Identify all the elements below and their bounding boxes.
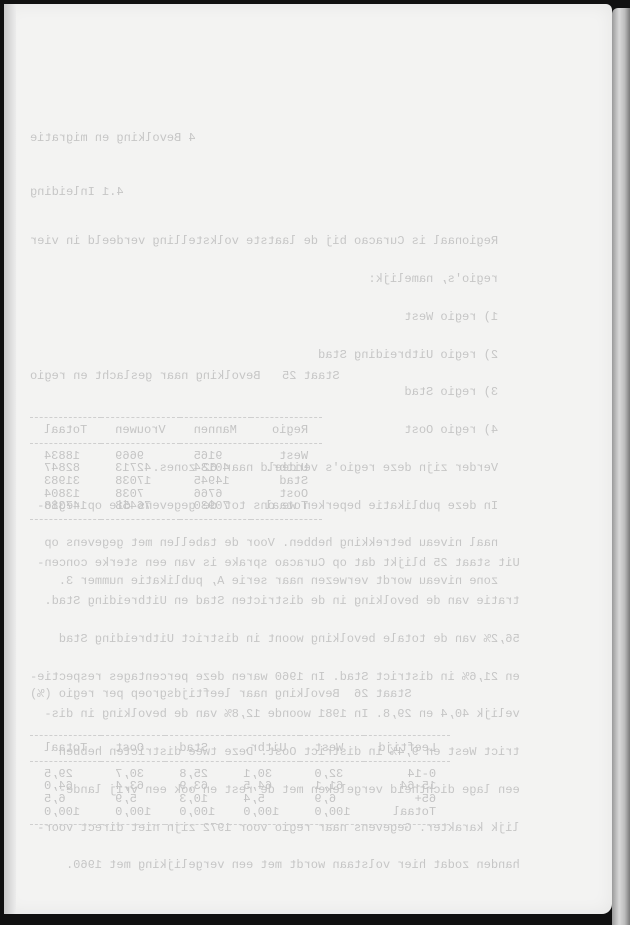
table-25-caption: Staat 25 Bevolking naar geslacht en regi… bbox=[30, 370, 340, 383]
column-header: Totaal bbox=[30, 418, 101, 444]
table-cell: Stad bbox=[251, 475, 322, 488]
column-header: Mannen bbox=[180, 418, 251, 444]
table-cell: 70930 bbox=[180, 500, 251, 519]
table-cell: 6,9 bbox=[300, 793, 364, 806]
table-row: Stad149451703831983 bbox=[30, 475, 322, 488]
table-cell: 100,0 bbox=[30, 806, 101, 825]
table-row: West9165966918834 bbox=[30, 443, 322, 462]
table-cell: 31983 bbox=[30, 475, 101, 488]
table-cell: 17038 bbox=[101, 475, 179, 488]
table-cell: 147388 bbox=[30, 500, 101, 519]
table-cell: 5,9 bbox=[101, 793, 165, 806]
text-line: Regionaal is Curacao bij de laatste volk… bbox=[30, 235, 498, 248]
bleed-through-text: 4 Bevolking en migratie 4.1 Inleiding Re… bbox=[0, 0, 630, 925]
text-line: handen zodat hier volstaan wordt met een… bbox=[30, 859, 520, 872]
table-header-row: RegioMannenVrouwenTotaal bbox=[30, 418, 322, 444]
column-header: Vrouwen bbox=[101, 418, 179, 444]
column-header: Totaal bbox=[30, 736, 101, 762]
table-row: 15-6461,164,563,963,464,0 bbox=[30, 780, 450, 793]
table-cell: 18834 bbox=[30, 443, 101, 462]
table-26-caption: Staat 26 Bevolking naar leeftijdsgroep p… bbox=[30, 688, 412, 701]
table-26: LeeftijdWestUitbr.StadOostTotaal 0-1432,… bbox=[30, 710, 450, 850]
table-cell: 65+ bbox=[364, 793, 450, 806]
table-cell: 100,0 bbox=[101, 806, 165, 825]
table-cell: West bbox=[251, 443, 322, 462]
table-cell: 100,0 bbox=[229, 806, 300, 825]
table-cell: 9165 bbox=[180, 443, 251, 462]
text-line: regio's, namelijk: bbox=[30, 273, 498, 286]
table-cell: 64,5 bbox=[229, 780, 300, 793]
table-cell: 6,5 bbox=[30, 793, 101, 806]
table-cell: Totaal bbox=[364, 806, 450, 825]
column-header: Oost bbox=[101, 736, 165, 762]
table-row: Totaal7093076458147388 bbox=[30, 500, 322, 519]
section-heading: 4 Bevolking en migratie bbox=[30, 132, 196, 145]
table-cell: 25,8 bbox=[165, 761, 229, 780]
table-25: RegioMannenVrouwenTotaal West91659669188… bbox=[30, 392, 322, 545]
text-line: en 21,6% in district Stad. In 1960 waren… bbox=[30, 671, 520, 684]
column-header: Leeftijd bbox=[364, 736, 450, 762]
table-cell: 10,3 bbox=[165, 793, 229, 806]
column-header: Regio bbox=[251, 418, 322, 444]
table-row: 0-1432,030,125,830,729,5 bbox=[30, 761, 450, 780]
table-header-row: LeeftijdWestUitbr.StadOostTotaal bbox=[30, 736, 450, 762]
population-by-age-table: LeeftijdWestUitbr.StadOostTotaal 0-1432,… bbox=[30, 735, 450, 825]
column-header: West bbox=[300, 736, 364, 762]
text-line: 2) regio Uitbreiding Stad bbox=[30, 349, 498, 362]
table-cell: 30,1 bbox=[229, 761, 300, 780]
text-line: 56,2% van de totale bevolking woont in d… bbox=[30, 633, 520, 646]
table-cell: 32,0 bbox=[300, 761, 364, 780]
table-cell: 76458 bbox=[101, 500, 179, 519]
column-header: Stad bbox=[165, 736, 229, 762]
table-cell: 100,0 bbox=[165, 806, 229, 825]
text-line: tratie van de bevolking in de districten… bbox=[30, 595, 520, 608]
table-cell: 9669 bbox=[101, 443, 179, 462]
subsection-heading: 4.1 Inleiding bbox=[30, 186, 124, 199]
text-line: Uit staat 25 blijkt dat op Curacao sprak… bbox=[30, 557, 520, 570]
population-by-sex-table: RegioMannenVrouwenTotaal West91659669188… bbox=[30, 417, 322, 520]
table-cell: Totaal bbox=[251, 500, 322, 519]
table-cell: 29,5 bbox=[30, 761, 101, 780]
table-cell: 5,4 bbox=[229, 793, 300, 806]
table-cell: 64,0 bbox=[30, 780, 101, 793]
table-cell: 100,0 bbox=[300, 806, 364, 825]
text-line: 1) regio West bbox=[30, 311, 498, 324]
table-row: 65+6,95,410,35,96,5 bbox=[30, 793, 450, 806]
table-cell: 0-14 bbox=[364, 761, 450, 780]
table-cell: 15-64 bbox=[364, 780, 450, 793]
table-cell: 30,7 bbox=[101, 761, 165, 780]
table-row: Totaal100,0100,0100,0100,0100,0 bbox=[30, 806, 450, 825]
column-header: Uitbr. bbox=[229, 736, 300, 762]
table-cell: 14945 bbox=[180, 475, 251, 488]
